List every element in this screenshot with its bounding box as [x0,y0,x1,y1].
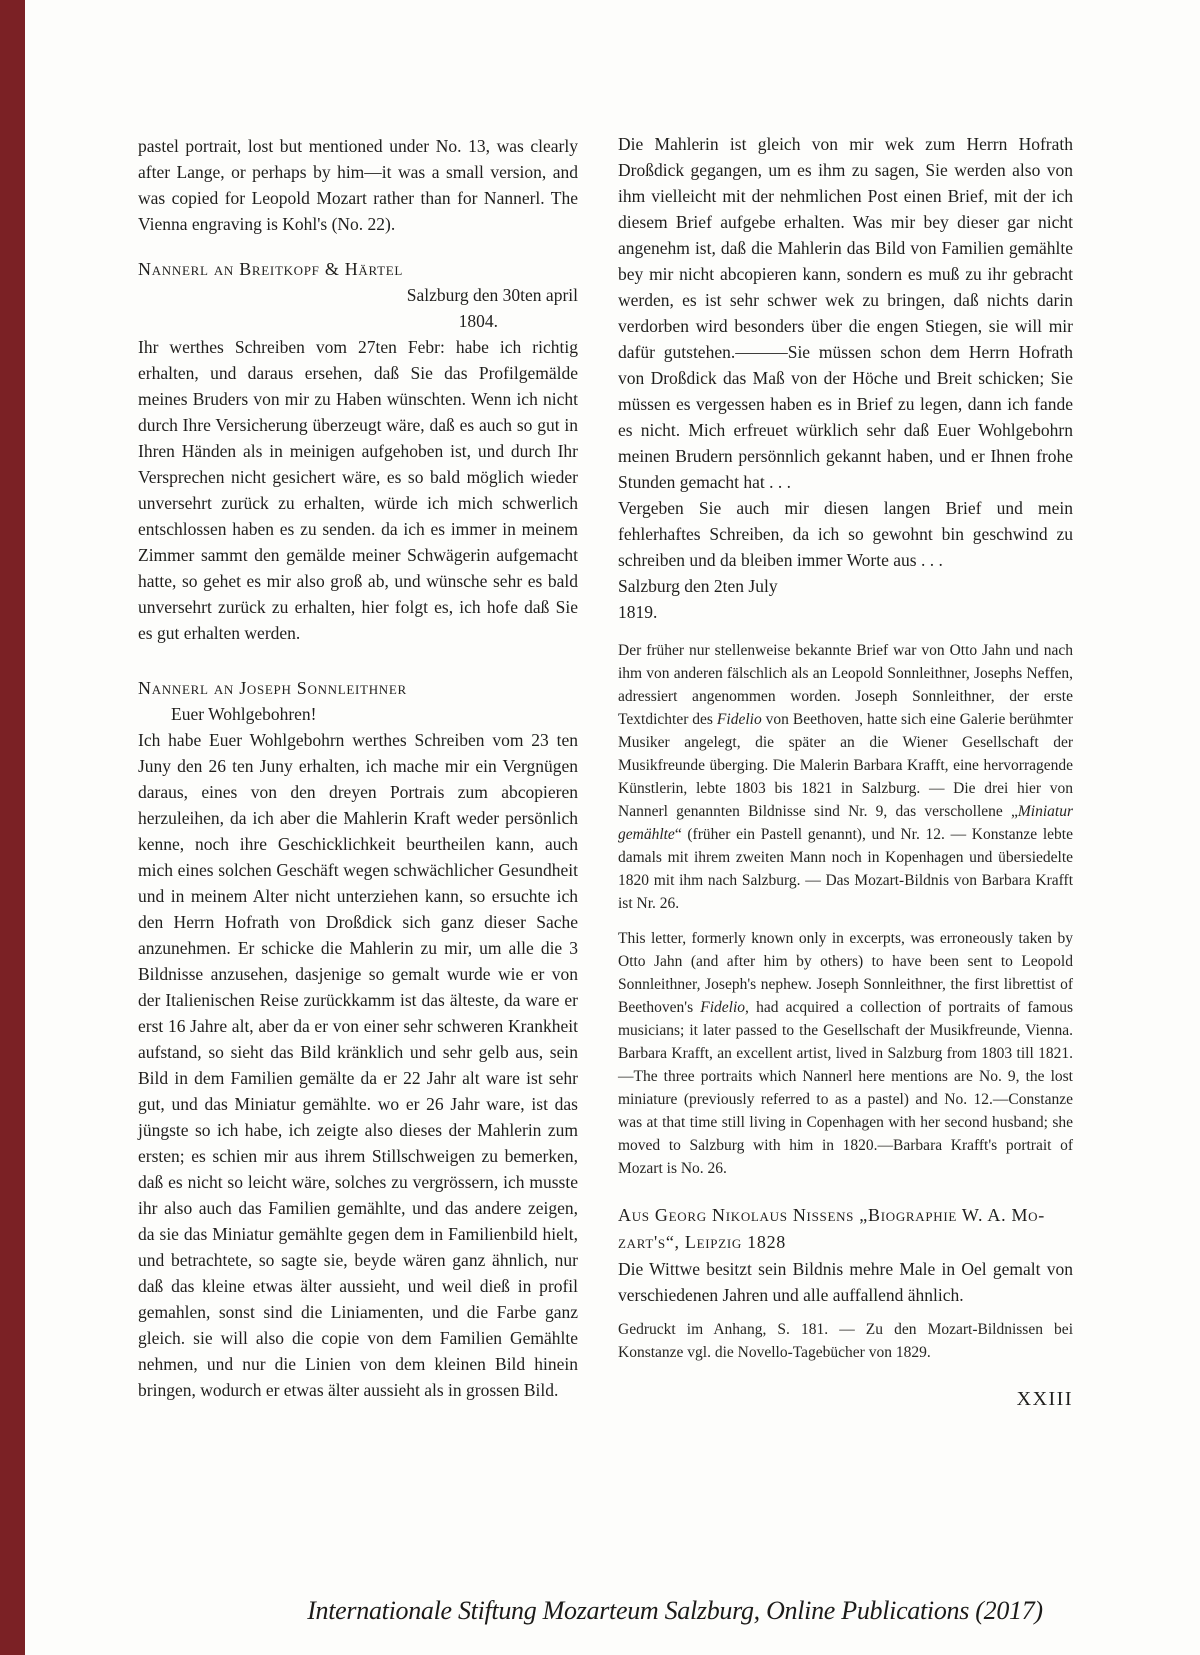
commentary-german-part3: “ (früher ein Pastell genannt), und Nr. … [618,826,1073,912]
left-column: pastel portrait, lost but mentioned unde… [138,133,578,1403]
footer-publication-credit: Internationale Stiftung Mozarteum Salzbu… [150,1596,1200,1626]
print-note: Gedruckt im Anhang, S. 181. — Zu den Moz… [618,1318,1073,1364]
nissen-heading-line2: zart's“, Leipzig 1828 [618,1232,786,1252]
letter-postscript-paragraph: Vergeben Sie auch mir diesen langen Brie… [618,495,1073,573]
intro-continuation-paragraph: pastel portrait, lost but mentioned unde… [138,133,578,237]
nissen-quote-body: Die Wittwe besitzt sein Bildnis mehre Ma… [618,1256,1073,1308]
letter-salutation: Euer Wohlgebohren! [138,701,578,727]
scanned-book-page: pastel portrait, lost but mentioned unde… [0,0,1200,1655]
letter-heading-breitkopf: Nannerl an Breitkopf & Härtel [138,256,578,282]
commentary-english-part2: , had acquired a collection of portraits… [618,999,1073,1177]
commentary-german: Der früher nur stellenweise bekannte Bri… [618,639,1073,915]
right-column: Die Mahlerin ist gleich von mir wek zum … [618,131,1073,1411]
letter-sonnleithner-body: Ich habe Euer Wohlgebohrn werthes Schrei… [138,727,578,1403]
letter-dateline-year: 1804. [138,308,578,334]
page-number: XXIII [618,1388,1073,1411]
closing-place-line: Salzburg den 2ten July [618,573,1073,599]
nissen-heading-line1: Aus Georg Nikolaus Nissens „Biographie W… [618,1205,1045,1225]
nissen-heading: Aus Georg Nikolaus Nissens „Biographie W… [618,1202,1073,1256]
letter-breitkopf-body: Ihr werthes Schreiben vom 27ten Febr: ha… [138,334,578,646]
closing-year-line: 1819. [618,599,1073,625]
fidelio-title-english: Fidelio [700,999,745,1016]
fidelio-title-german: Fidelio [717,711,762,728]
commentary-english: This letter, formerly known only in exce… [618,927,1073,1180]
letter-dateline: Salzburg den 30ten april [138,282,578,308]
letter-continuation-paragraph: Die Mahlerin ist gleich von mir wek zum … [618,131,1073,495]
book-spine-edge [0,0,25,1655]
letter-heading-sonnleithner: Nannerl an Joseph Sonnleithner [138,675,578,701]
